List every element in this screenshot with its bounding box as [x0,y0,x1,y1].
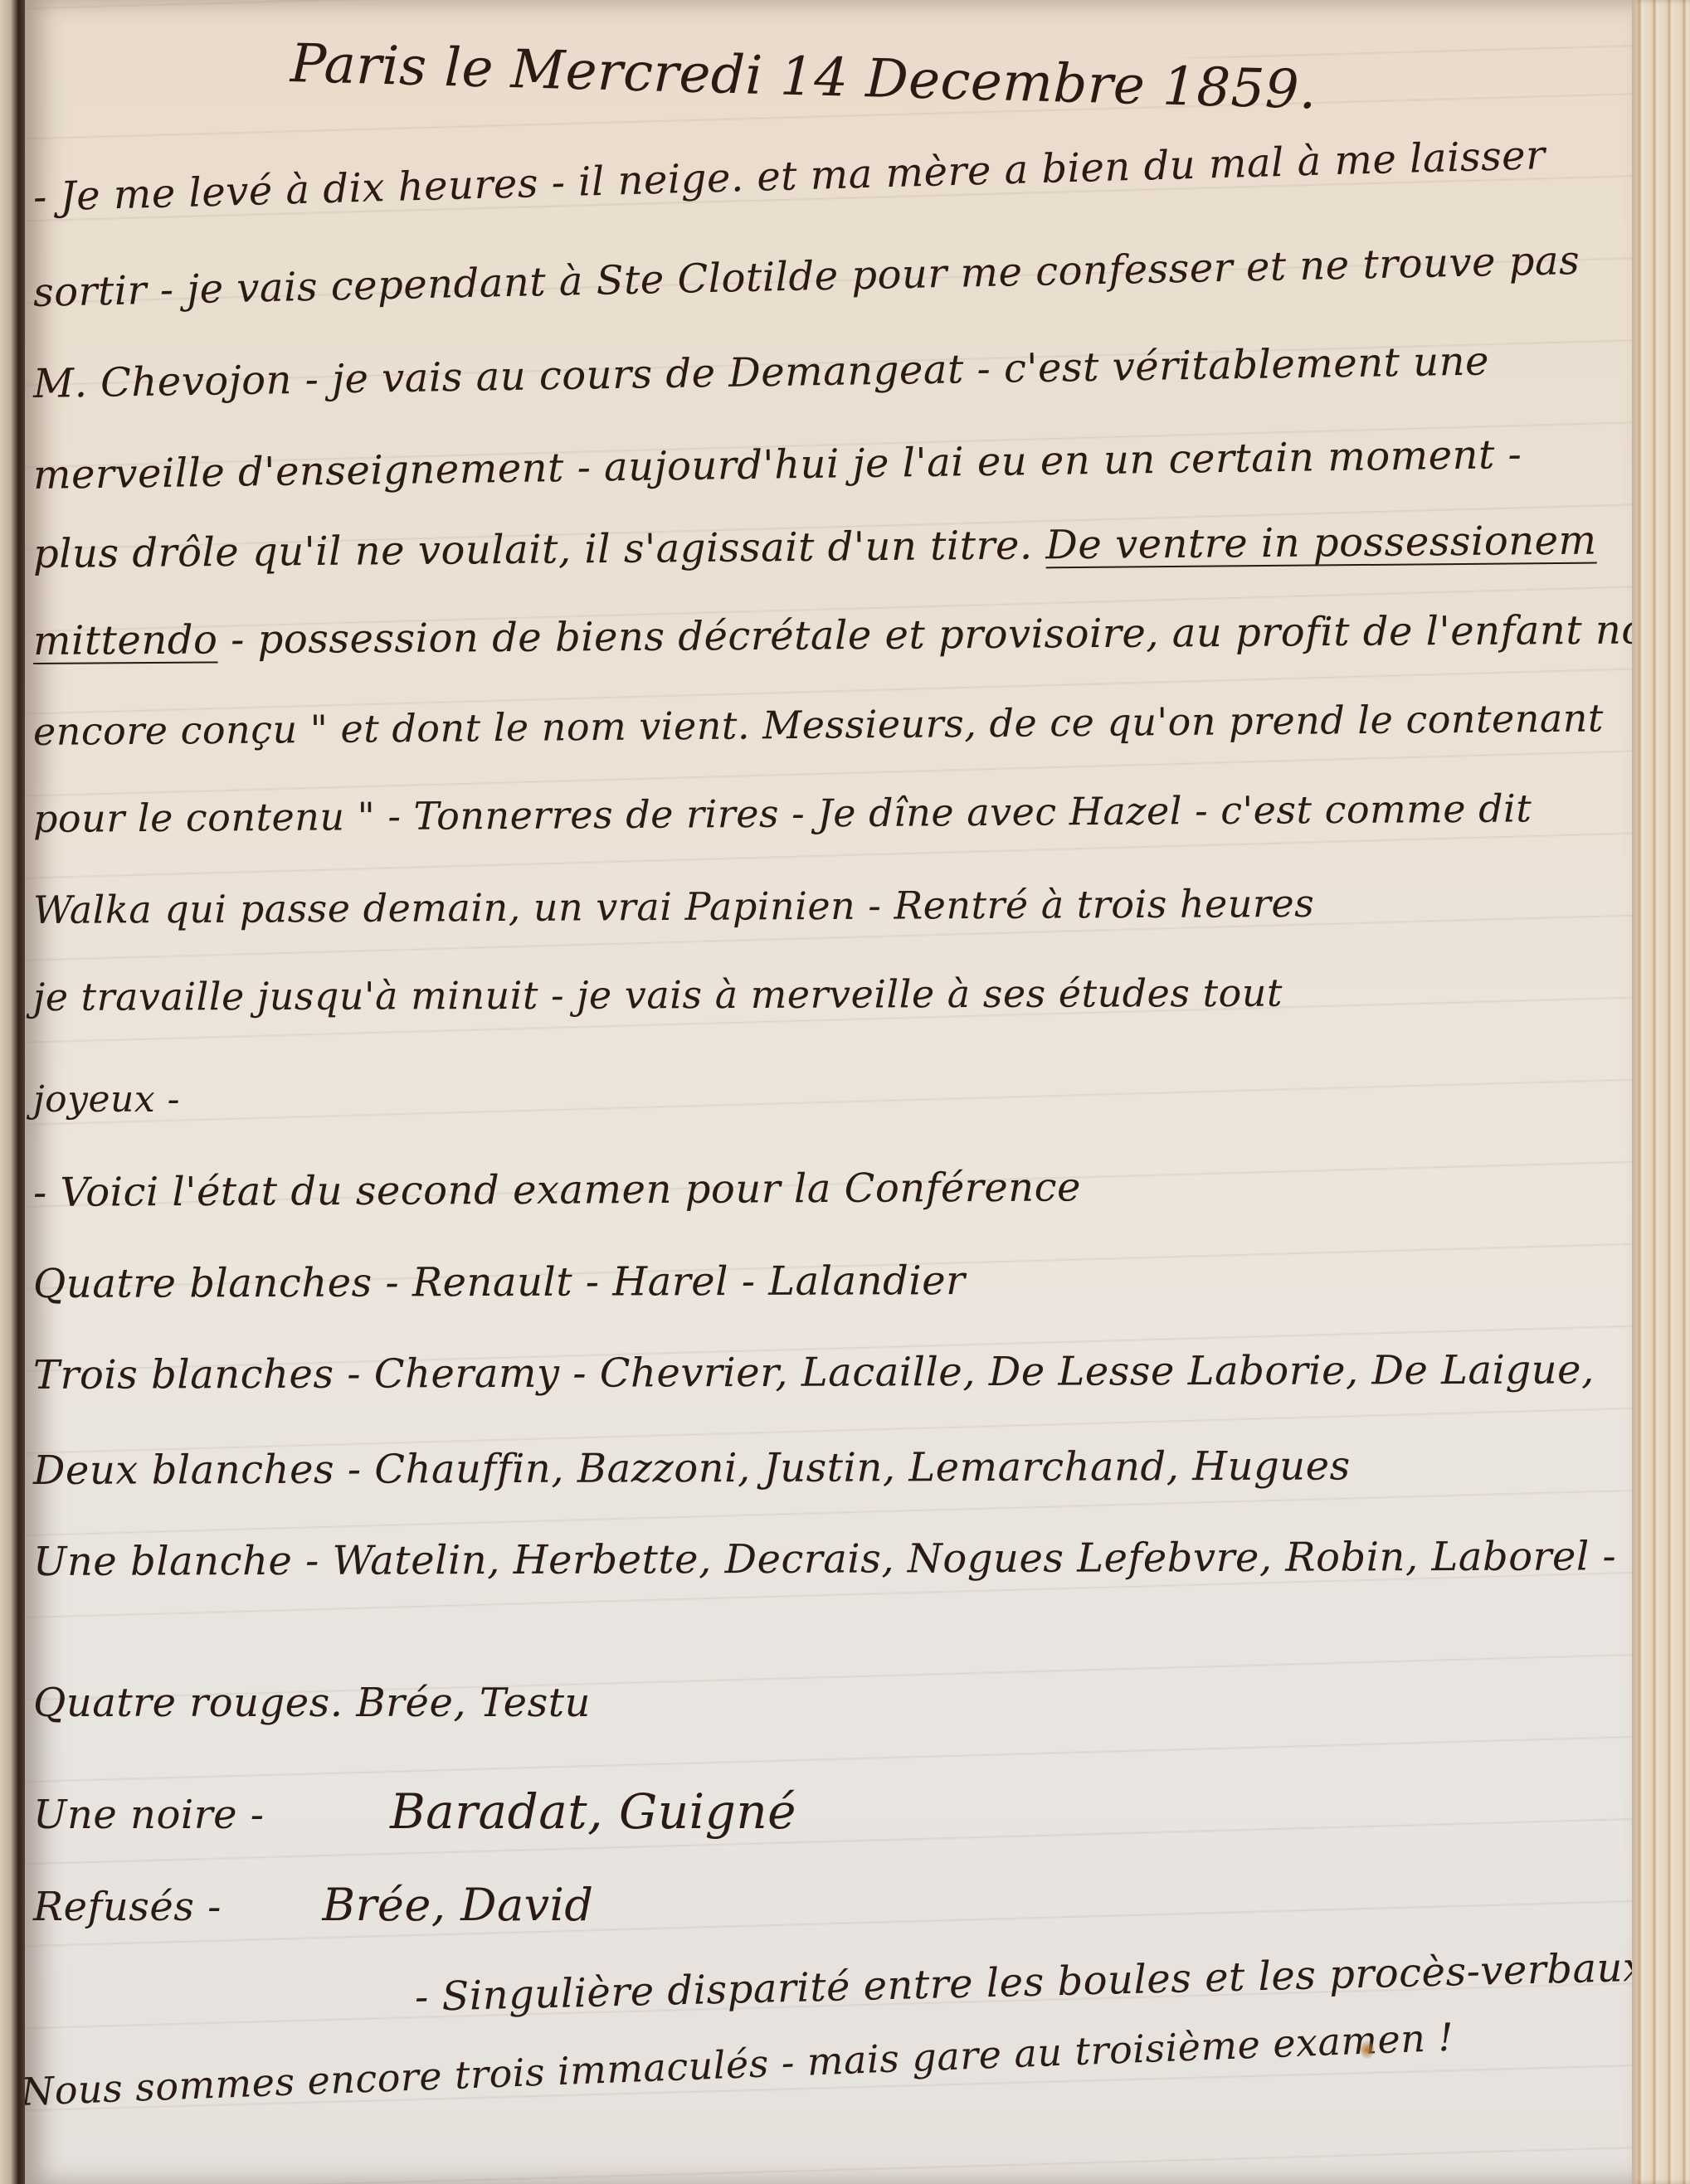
closing-line-1: - Singulière disparité entre les boules … [414,1943,1634,2021]
exam-result-label: Une noire - [33,1792,265,1838]
exam-result-label: Trois blanches - [33,1351,361,1398]
text-line-4: merveille d'enseignement - aujourd'hui j… [33,431,1522,499]
text-line-2: sortir - je vais cependant à Ste Clotild… [32,237,1580,316]
exam-result-label: Quatre blanches - [33,1259,399,1307]
exam-intro-line: - Voici l'état du second examen pour la … [33,1164,1081,1216]
text-line-3: M. Chevojon - je vais au cours de Demang… [33,338,1490,407]
text-line-7: encore conçu " et dont le nom vient. Mes… [33,695,1604,754]
exam-result-names: Brée, Testu [356,1680,591,1726]
exam-result-names: Chauffin, Bazzoni, Justin, Lemarchand, H… [374,1442,1351,1492]
exam-result-names: Watelin, Herbette, Decrais, Nogues Lefeb… [332,1533,1616,1583]
exam-result-quatre-rouges: Quatre rouges. Brée, Testu [33,1680,591,1726]
exam-result-names: Baradat, Guigné [390,1783,796,1840]
closing-line-2: Nous sommes encore trois immaculés - mai… [25,2015,1454,2114]
date-heading: Paris le Mercredi 14 Decembre 1859. [290,33,1317,121]
text-line-9: Walka qui passe demain, un vrai Papinien… [33,881,1315,932]
latin-phrase-underlined-end: mittendo [33,616,218,664]
diary-page: Paris le Mercredi 14 Decembre 1859. - Je… [25,0,1634,2184]
exam-result-quatre-blanches: Quatre blanches - Renault - Harel - Lala… [33,1257,966,1307]
text-line-1: - Je me levé à dix heures - il neige. et… [32,132,1546,221]
rust-stain [1361,2041,1374,2059]
text-line-5-start: plus drôle qu'il ne voulait, il s'agissa… [33,522,1046,577]
latin-phrase-underlined: De ventre in possessionem [1045,518,1597,569]
page-edges-stack [1632,0,1690,2184]
book-binding-gutter [0,0,27,2184]
text-line-6: mittendo - possession de biens décrétale… [33,606,1634,664]
exam-result-trois-blanches: Trois blanches - Cheramy - Chevrier, Lac… [33,1346,1595,1398]
exam-result-label: Deux blanches - [33,1447,362,1494]
text-line-6-rest: - possession de biens décrétale et provi… [217,606,1634,663]
text-line-11: joyeux - [33,1078,180,1121]
text-line-5: plus drôle qu'il ne voulait, il s'agissa… [33,518,1597,577]
exam-result-names: Renault - Harel - Lalandier [412,1257,966,1306]
text-line-8: pour le contenu " - Tonnerres de rires -… [33,786,1532,841]
exam-result-refuses: Refusés - Brée, David [33,1879,593,1931]
exam-result-une-noire: Une noire - Baradat, Guigné [33,1783,796,1840]
exam-result-names: Brée, David [322,1879,593,1931]
exam-result-names: Cheramy - Chevrier, Lacaille, De Lesse L… [374,1346,1595,1397]
exam-result-label: Quatre rouges. [33,1680,343,1726]
exam-result-deux-blanches: Deux blanches - Chauffin, Bazzoni, Justi… [33,1442,1351,1494]
text-line-10: je travaille jusqu'à minuit - je vais à … [33,970,1283,1019]
exam-result-une-blanche: Une blanche - Watelin, Herbette, Decrais… [33,1533,1616,1585]
exam-result-label: Refusés - [33,1884,222,1930]
exam-result-label: Une blanche - [33,1538,319,1585]
